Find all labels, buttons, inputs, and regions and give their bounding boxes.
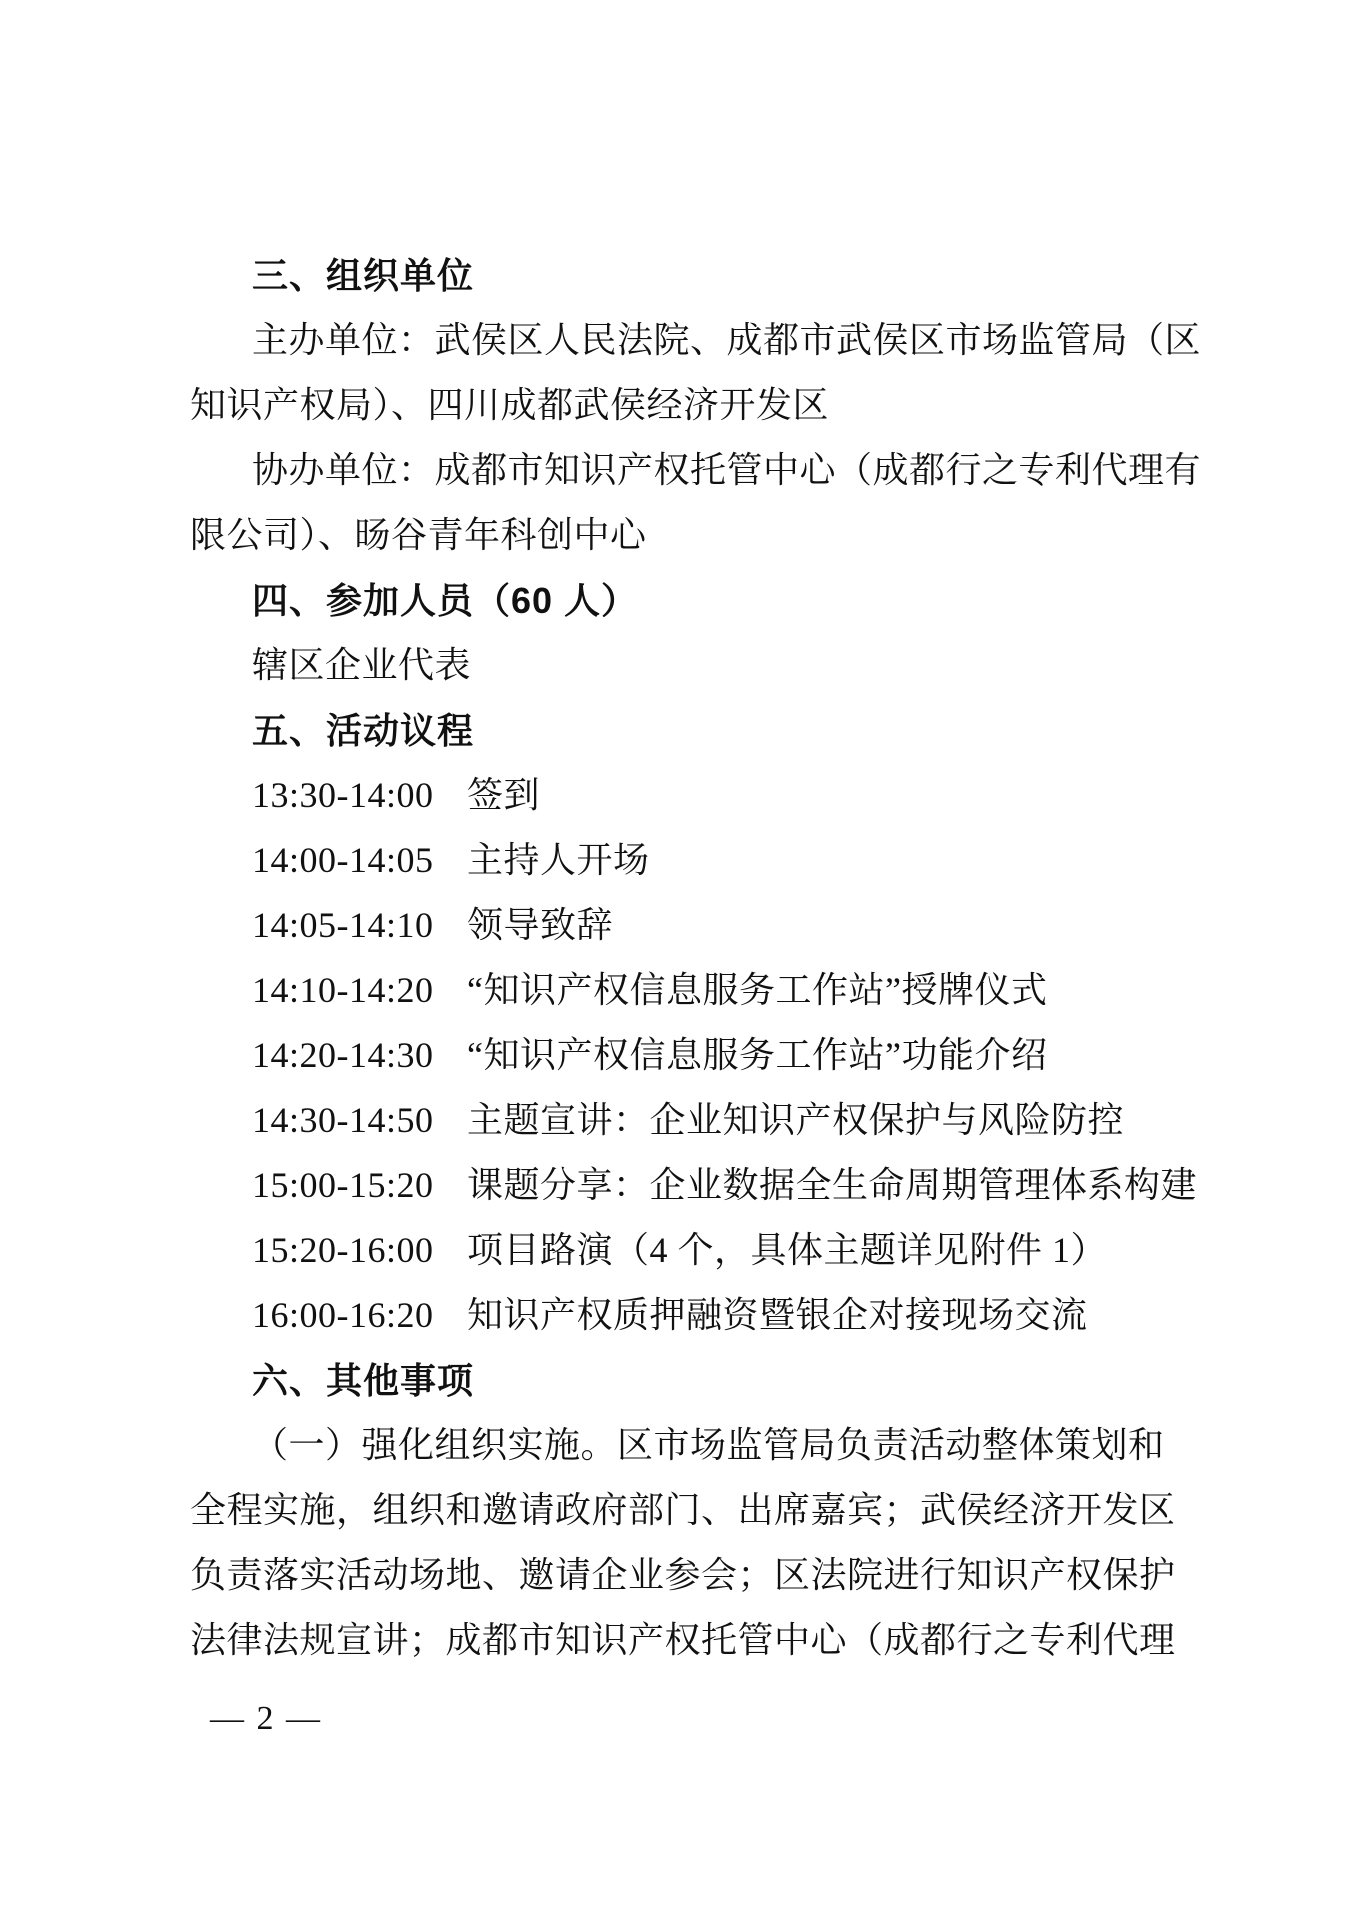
schedule-time: 14:00-14:05: [252, 828, 467, 893]
section-heading-organizers: 三、组织单位: [190, 243, 1200, 308]
schedule-activity: 课题分享：企业数据全生命周期管理体系构建: [467, 1165, 1197, 1205]
schedule-activity: 主持人开场: [467, 840, 650, 880]
schedule-time: 15:00-15:20: [252, 1153, 467, 1218]
page-number: — 2 —: [210, 1702, 322, 1736]
document-page: 三、组织单位 主办单位：武侯区人民法院、成都市武侯区市场监管局（区 知识产权局）…: [0, 0, 1350, 1907]
schedule-row: 15:00-15:20课题分享：企业数据全生命周期管理体系构建: [190, 1153, 1200, 1218]
schedule-row: 14:00-14:05主持人开场: [190, 828, 1200, 893]
schedule-row: 13:30-14:00签到: [190, 763, 1200, 828]
cohost-units-line-2: 限公司）、旸谷青年科创中心: [190, 503, 1200, 568]
schedule-time: 15:20-16:00: [252, 1218, 467, 1283]
schedule-row: 14:30-14:50主题宣讲：企业知识产权保护与风险防控: [190, 1088, 1200, 1153]
schedule-row: 14:05-14:10领导致辞: [190, 893, 1200, 958]
host-units-line-2: 知识产权局）、四川成都武侯经济开发区: [190, 373, 1200, 438]
schedule-row: 15:20-16:00项目路演（4 个，具体主题详见附件 1）: [190, 1218, 1200, 1283]
schedule-row: 16:00-16:20知识产权质押融资暨银企对接现场交流: [190, 1283, 1200, 1348]
schedule-time: 16:00-16:20: [252, 1283, 467, 1348]
schedule-activity: 知识产权质押融资暨银企对接现场交流: [467, 1295, 1088, 1335]
participants-line: 辖区企业代表: [190, 633, 1200, 698]
other-matters-line-2: 全程实施，组织和邀请政府部门、出席嘉宾；武侯经济开发区: [190, 1478, 1200, 1543]
schedule-time: 14:20-14:30: [252, 1023, 467, 1088]
schedule-time: 14:30-14:50: [252, 1088, 467, 1153]
other-matters-line-4: 法律法规宣讲；成都市知识产权托管中心（成都行之专利代理: [190, 1608, 1200, 1673]
cohost-units-line-1: 协办单位：成都市知识产权托管中心（成都行之专利代理有: [190, 438, 1200, 503]
schedule-activity: 签到: [467, 775, 540, 815]
section-heading-agenda: 五、活动议程: [190, 698, 1200, 763]
document-body: 三、组织单位 主办单位：武侯区人民法院、成都市武侯区市场监管局（区 知识产权局）…: [190, 243, 1200, 1673]
schedule-time: 14:05-14:10: [252, 893, 467, 958]
schedule-row: 14:10-14:20“知识产权信息服务工作站”授牌仪式: [190, 958, 1200, 1023]
schedule-activity: 主题宣讲：企业知识产权保护与风险防控: [467, 1100, 1124, 1140]
other-matters-line-3: 负责落实活动场地、邀请企业参会；区法院进行知识产权保护: [190, 1543, 1200, 1608]
section-heading-participants: 四、参加人员（60 人）: [190, 568, 1200, 633]
schedule-activity: “知识产权信息服务工作站”功能介绍: [467, 1035, 1047, 1075]
schedule-activity: “知识产权信息服务工作站”授牌仪式: [467, 970, 1047, 1010]
schedule-activity: 项目路演（4 个，具体主题详见附件 1）: [467, 1230, 1107, 1270]
other-matters-line-1: （一）强化组织实施。区市场监管局负责活动整体策划和: [190, 1413, 1200, 1478]
schedule-time: 14:10-14:20: [252, 958, 467, 1023]
schedule-time: 13:30-14:00: [252, 763, 467, 828]
schedule-activity: 领导致辞: [467, 905, 613, 945]
schedule-row: 14:20-14:30“知识产权信息服务工作站”功能介绍: [190, 1023, 1200, 1088]
section-heading-other-matters: 六、其他事项: [190, 1348, 1200, 1413]
host-units-line-1: 主办单位：武侯区人民法院、成都市武侯区市场监管局（区: [190, 308, 1200, 373]
